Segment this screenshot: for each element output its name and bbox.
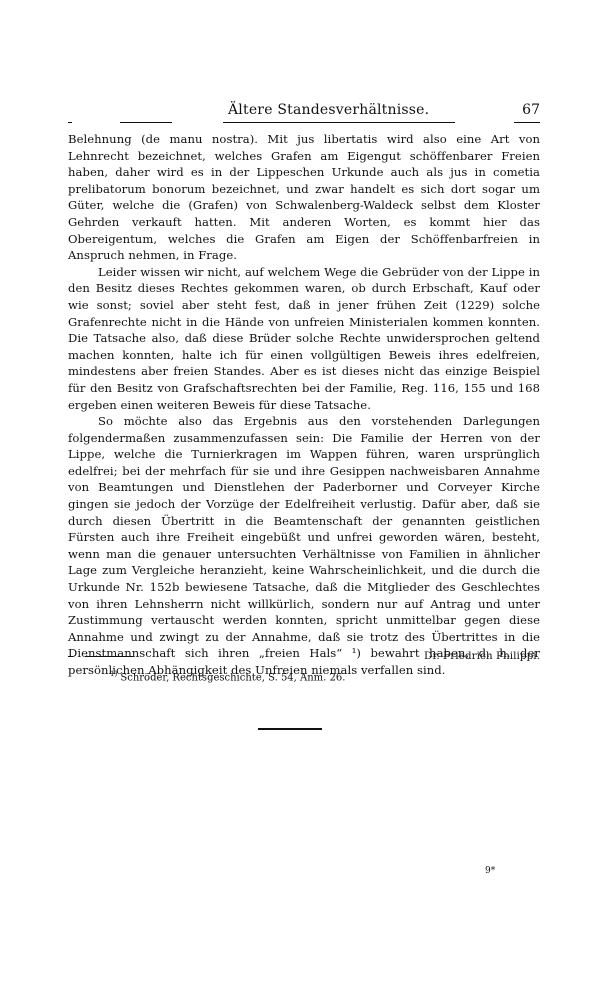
- header-rule-title: [223, 122, 455, 123]
- paragraph-3: So möchte also das Ergebnis aus den vors…: [68, 413, 540, 679]
- page-number: 67: [522, 102, 540, 118]
- footnote-text: Schröder, Rechtsgeschichte, S. 54, Anm. …: [120, 672, 345, 683]
- section-end-rule: [258, 728, 322, 730]
- footnote-rule: [85, 656, 133, 657]
- header-rule-page: [514, 122, 540, 123]
- header-rule-left: [120, 122, 172, 123]
- body-text: Belehnung (de manu nostra). Mit jus libe…: [68, 131, 540, 679]
- footnote-dash: [68, 656, 73, 657]
- running-title: Ältere Standesverhältnisse.: [228, 102, 429, 118]
- author-signature: Dr. Friedrich Philippi.: [424, 650, 540, 662]
- header-rule-dash: [68, 122, 72, 123]
- running-header: Ältere Standesverhältnisse. 67: [68, 100, 540, 122]
- footnote-1: 1) Schröder, Rechtsgeschichte, S. 54, An…: [110, 670, 345, 683]
- book-page: Ältere Standesverhältnisse. 67 Belehnung…: [0, 0, 600, 1003]
- printer-signature-mark: 9*: [485, 866, 495, 876]
- footnote-marker: 1): [110, 670, 117, 678]
- paragraph-1: Belehnung (de manu nostra). Mit jus libe…: [68, 131, 540, 264]
- paragraph-2: Leider wissen wir nicht, auf welchem Weg…: [68, 264, 540, 413]
